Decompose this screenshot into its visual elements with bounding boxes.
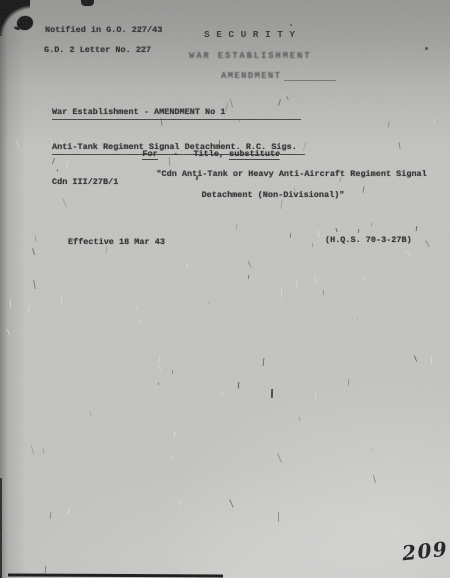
speck: [296, 281, 298, 289]
war-establishment-stamp: WAR ESTABLISHMENT: [189, 51, 311, 61]
speck: [34, 235, 36, 242]
scan-tick: [416, 226, 418, 231]
speck: [363, 276, 366, 279]
speck: [186, 264, 189, 268]
scan-tick: [263, 358, 265, 366]
speck: [425, 240, 430, 247]
speck: [60, 297, 63, 305]
scan-tick: [335, 228, 337, 232]
speck: [32, 248, 35, 255]
speck: [31, 445, 35, 455]
speck: [105, 246, 107, 254]
speck: [44, 566, 46, 573]
speck: [373, 475, 376, 483]
speck: [434, 119, 435, 123]
speck: [208, 301, 210, 305]
speck: [323, 290, 324, 295]
speck: [10, 299, 12, 308]
speck: [315, 391, 316, 401]
speck: [90, 411, 93, 416]
speck: [137, 305, 138, 310]
speck: [229, 500, 234, 509]
scan-bottom-edge: [8, 574, 223, 578]
scan-tick: [358, 229, 360, 233]
speck: [317, 230, 320, 238]
scan-dot: [425, 47, 428, 50]
speck: [236, 223, 238, 230]
notified-line: Notified in G.O. 227/43: [45, 25, 162, 35]
speck: [278, 453, 283, 462]
amendment-stamp: AMENDMENT: [221, 71, 281, 81]
speck: [281, 289, 282, 298]
speck: [170, 454, 175, 461]
speck: [158, 382, 160, 385]
speck: [179, 500, 182, 506]
security-stamp: S E C U R I T Y: [204, 29, 296, 40]
heading-title: War Establishment - AMENDMENT No 1: [52, 107, 301, 120]
speck: [158, 364, 161, 371]
speck: [278, 512, 279, 522]
speck: [313, 276, 317, 284]
speck: [290, 233, 292, 238]
speck: [430, 356, 432, 365]
speck: [138, 319, 142, 325]
hqs-file-reference: (H.Q.S. 70-3-27B): [325, 235, 412, 245]
scan-left-edge: [0, 478, 2, 578]
speck: [356, 318, 359, 321]
speck: [174, 431, 176, 438]
speck: [7, 329, 11, 335]
speck: [298, 417, 301, 421]
speck: [248, 275, 250, 279]
scanned-document-page: Notified in G.O. 227/43 G.D. 2 Letter No…: [0, 0, 450, 578]
speck: [413, 355, 417, 362]
speck: [50, 512, 52, 520]
speck: [42, 447, 44, 454]
substitution-quote: "Cdn Anti-Tank or Heavy Anti-Aircraft Re…: [136, 158, 410, 221]
scan-dot: [290, 24, 292, 26]
scan-tick: [271, 389, 273, 398]
speck: [348, 379, 350, 386]
speck: [398, 142, 400, 149]
speck: [388, 121, 390, 128]
speck: [158, 356, 161, 363]
speck: [15, 139, 19, 147]
speck: [33, 280, 36, 289]
quote-line-2: Detachment (Non-Divisional)": [136, 190, 410, 201]
letter-number-line: G.D. 2 Letter No. 227: [44, 45, 151, 55]
effective-date-line: Effective 18 Mar 43: [68, 237, 165, 247]
stamp-underline-rule: [284, 80, 336, 81]
speck: [67, 508, 70, 514]
speck: [371, 223, 373, 227]
handwritten-page-number: 209: [401, 537, 450, 566]
scan-blot: [81, 0, 94, 6]
speck: [26, 305, 30, 312]
speck: [172, 370, 173, 374]
speck: [371, 447, 373, 450]
speck: [406, 250, 411, 258]
speck: [221, 391, 223, 396]
speck: [312, 243, 313, 247]
